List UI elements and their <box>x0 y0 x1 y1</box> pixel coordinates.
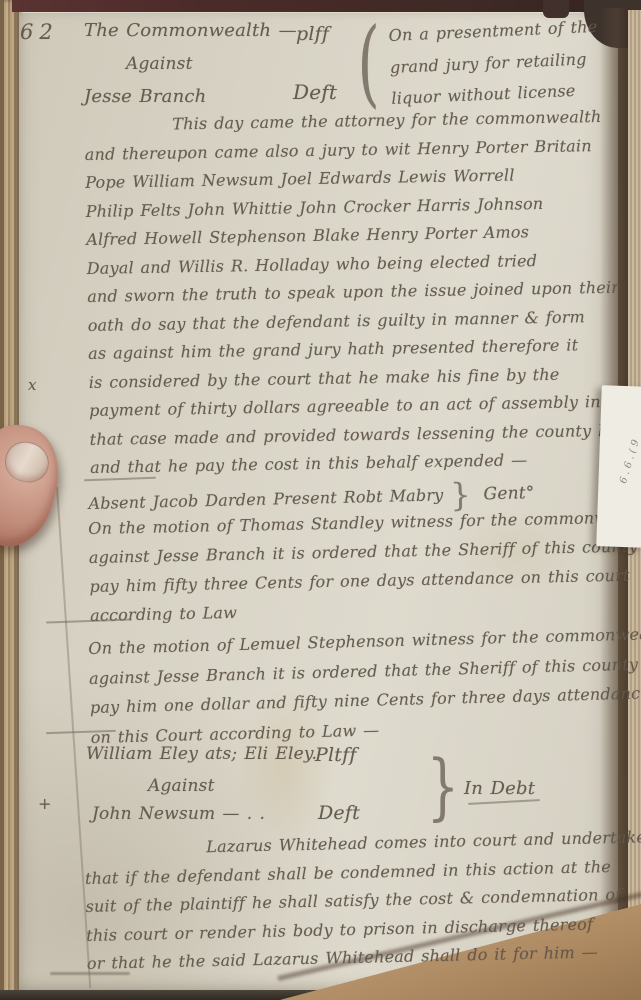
in-debt-label: In Debt <box>464 778 535 799</box>
thumb-nail <box>1 437 53 486</box>
motion1-paragraph: On the motion of Thomas Standley witness… <box>88 502 641 630</box>
case1-defendant-role: Deft <box>293 80 337 104</box>
gent-label: Gent° <box>483 483 534 504</box>
case1-presentment-note: On a presentment of the grand jury for r… <box>388 11 601 115</box>
margin-mark-x-bottom: + <box>38 794 52 813</box>
case1-defendant: Jesse Branch <box>84 86 206 107</box>
case2-against-label: Against <box>148 776 215 796</box>
margin-mark-x-top: x <box>28 376 37 394</box>
case2-brace-mark: } <box>427 744 459 828</box>
slip-note-text: 6 . 6 . ( 9 <box>618 438 641 484</box>
case1-against-label: Against <box>126 54 193 74</box>
motion2-paragraph: On the motion of Lemuel Stephenson witne… <box>88 619 641 752</box>
case1-brace-mark: ( <box>357 8 379 118</box>
bail-paragraph: Lazarus Whitehead comes into court and u… <box>84 823 641 978</box>
photo-court-record-page: 62 The Commonwealth — plff Against Jesse… <box>0 0 641 1000</box>
case1-plaintiff-role: plff <box>296 23 329 45</box>
case2-defendant-role: Deft <box>318 802 360 824</box>
verdict-paragraph: This day came the attorney for the commo… <box>84 103 632 483</box>
pencil-smudge <box>50 972 130 975</box>
page-number: 62 <box>20 20 59 44</box>
case1-plaintiff: The Commonwealth — <box>84 20 297 41</box>
case2-defendant: John Newsum — . . <box>92 804 265 824</box>
case2-plaintiff-role: Pltff <box>315 744 357 766</box>
paper-slip: 6 . 6 . ( 9 <box>596 385 641 548</box>
case2-plaintiff: William Eley ats; Eli Eley. <box>86 744 317 764</box>
